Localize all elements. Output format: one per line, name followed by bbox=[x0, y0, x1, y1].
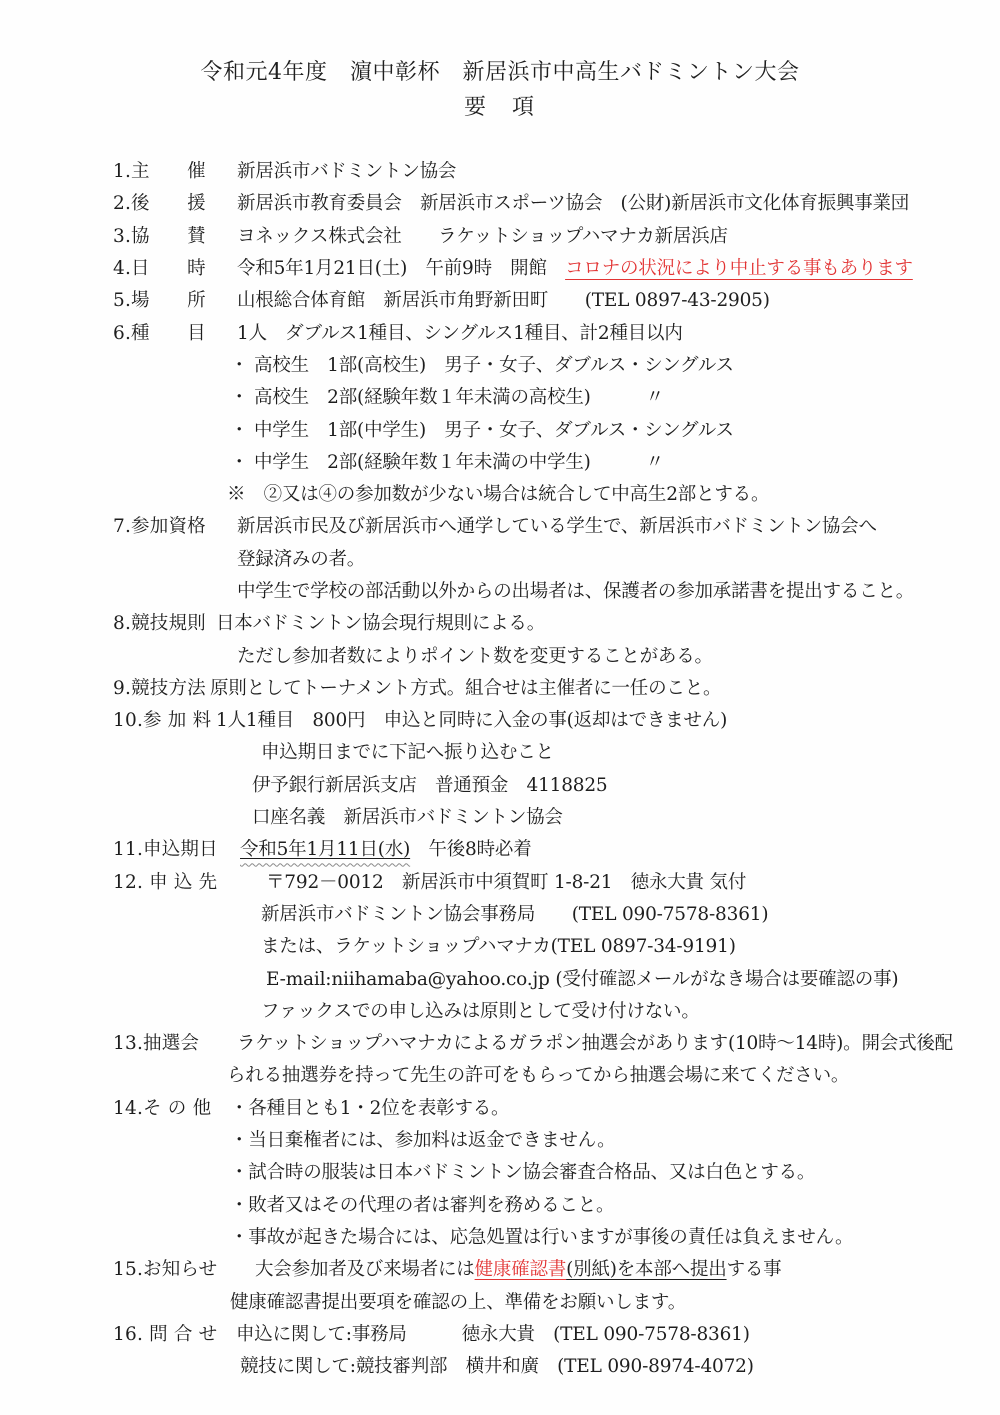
row-text: 新居浜市バドミントン協会 bbox=[237, 157, 456, 183]
row-text: ・敗者又はその代理の者は審判を務めること。 bbox=[230, 1191, 614, 1217]
doc-row: 口座名義 新居浜市バドミントン協会 bbox=[0, 800, 1000, 832]
row-text: 新居浜市教育委員会 新居浜市スポーツ協会 (公財)新居浜市文化体育振興事業団 bbox=[237, 189, 909, 215]
doc-row: 3.協 賛ヨネックス株式会社 ラケットショップハマナカ新居浜店 bbox=[0, 219, 1000, 251]
row-text: 大会参加者及び来場者には健康確認書(別紙)を本部へ提出する事 bbox=[255, 1255, 781, 1281]
doc-row: E-mail:niihamaba@yahoo.co.jp (受付確認メールがなき… bbox=[0, 961, 1000, 993]
row-label: 3.協 賛 bbox=[113, 222, 206, 248]
covid-cancellation-notice-red: コロナの状況により中止する事もあります bbox=[565, 258, 913, 279]
row-text: 登録済みの者。 bbox=[237, 545, 365, 571]
row-text: ただし参加者数によりポイント数を変更することがある。 bbox=[237, 642, 713, 668]
row-label: 4.日 時 bbox=[113, 254, 206, 280]
doc-row: 伊予銀行新居浜支店 普通預金 4118825 bbox=[0, 768, 1000, 800]
doc-row: 8.競技規則日本バドミントン協会現行規則による。 bbox=[0, 606, 1000, 638]
doc-row: 13.抽選会ラケットショップハマナカによるガラポン抽選会があります(10時～14… bbox=[0, 1026, 1000, 1058]
doc-row: 1.主 催新居浜市バドミントン協会 bbox=[0, 154, 1000, 186]
row-label: 16. 問 合 せ bbox=[113, 1320, 217, 1346]
doc-row: または、ラケットショップハマナカ(TEL 0897-34-9191) bbox=[0, 929, 1000, 961]
doc-subtitle: 要 項 bbox=[0, 91, 1000, 124]
row-text: 申込期日までに下記へ振り込むこと bbox=[261, 738, 554, 764]
row-label: 14.そ の 他 bbox=[113, 1094, 211, 1120]
notice-pre-text: 大会参加者及び来場者には bbox=[255, 1259, 475, 1280]
row-text: 新居浜市民及び新居浜市へ通学している学生で、新居浜市バドミントン協会へ bbox=[237, 512, 877, 538]
row-text: ファックスでの申し込みは原則として受け付けない。 bbox=[261, 997, 700, 1023]
doc-row: られる抽選券を持って先生の許可をもらってから抽選会場に来てください。 bbox=[0, 1058, 1000, 1090]
doc-header: 令和元4年度 濵中彰杯 新居浜市中高生バドミントン大会 要 項 bbox=[0, 0, 1000, 124]
submit-to-hq-underlined: (別紙)を本部へ提出 bbox=[566, 1259, 726, 1280]
row-text: ・試合時の服装は日本バドミントン協会審査合格品、又は白色とする。 bbox=[230, 1158, 815, 1184]
row-label: 9.競技方法 bbox=[113, 674, 206, 700]
row-label: 13.抽選会 bbox=[113, 1029, 199, 1055]
doc-row: 7.参加資格新居浜市民及び新居浜市へ通学している学生で、新居浜市バドミントン協会… bbox=[0, 509, 1000, 541]
doc-row: 登録済みの者。 bbox=[0, 542, 1000, 574]
doc-row: 5.場 所山根総合体育館 新居浜市角野新田町 (TEL 0897-43-2905… bbox=[0, 283, 1000, 315]
doc-row: ・ 中学生 1部(中学生) 男子・女子、ダブルス・シングルス bbox=[0, 412, 1000, 444]
row-text: ・ 高校生 1部(高校生) 男子・女子、ダブルス・シングルス bbox=[230, 351, 734, 377]
row-text: 日本バドミントン協会現行規則による。 bbox=[216, 609, 545, 635]
doc-row: ・当日棄権者には、参加料は返金できません。 bbox=[0, 1123, 1000, 1155]
doc-row: 11.申込期日令和5年1月11日(水) 午後8時必着 bbox=[0, 832, 1000, 864]
row-text: 申込に関して:事務局 徳永大貴 (TEL 090-7578-8361) bbox=[236, 1320, 750, 1346]
row-label: 2.後 援 bbox=[113, 189, 206, 215]
row-text: ※ ②又は④の参加数が少ない場合は統合して中高生2部とする。 bbox=[227, 480, 769, 506]
row-text: または、ラケットショップハマナカ(TEL 0897-34-9191) bbox=[261, 932, 736, 958]
row-text: 中学生で学校の部活動以外からの出場者は、保護者の参加承諾書を提出すること。 bbox=[237, 577, 914, 603]
doc-row: 申込期日までに下記へ振り込むこと bbox=[0, 735, 1000, 767]
doc-row: ・事故が起きた場合には、応急処置は行いますが事後の責任は負えません。 bbox=[0, 1220, 1000, 1252]
deadline-date-wavy-underline: 令和5年1月11日(水) bbox=[240, 839, 410, 860]
row-text: ・事故が起きた場合には、応急処置は行いますが事後の責任は負えません。 bbox=[230, 1223, 853, 1249]
row-text: ・当日棄権者には、参加料は返金できません。 bbox=[230, 1126, 615, 1152]
row-text: 伊予銀行新居浜支店 普通預金 4118825 bbox=[252, 771, 608, 797]
doc-row: 健康確認書提出要項を確認の上、準備をお願いします。 bbox=[0, 1284, 1000, 1316]
document-page: 令和元4年度 濵中彰杯 新居浜市中高生バドミントン大会 要 項 1.主 催新居浜… bbox=[0, 0, 1000, 1415]
doc-row: 4.日 時令和5年1月21日(土) 午前9時 開館 コロナの状況により中止する事… bbox=[0, 251, 1000, 283]
row-label: 6.種 目 bbox=[113, 319, 206, 345]
row-label: 1.主 催 bbox=[113, 157, 206, 183]
row-text: 1人1種目 800円 申込と同時に入金の事(返却はできません) bbox=[216, 706, 727, 732]
row-text: 令和5年1月21日(土) 午前9時 開館 コロナの状況により中止する事もあります bbox=[237, 254, 913, 280]
row-label: 12. 申 込 先 bbox=[113, 868, 217, 894]
doc-body: 1.主 催新居浜市バドミントン協会 2.後 援新居浜市教育委員会 新居浜市スポー… bbox=[0, 154, 1000, 1381]
doc-row: ・ 高校生 1部(高校生) 男子・女子、ダブルス・シングルス bbox=[0, 348, 1000, 380]
row-text: 競技に関して:競技審判部 横井和廣 (TEL 090-8974-4072) bbox=[240, 1352, 754, 1378]
row-text: られる抽選券を持って先生の許可をもらってから抽選会場に来てください。 bbox=[227, 1061, 849, 1087]
row-text: 原則としてトーナメント方式。組合せは主催者に一任のこと。 bbox=[210, 674, 721, 700]
doc-row: 16. 問 合 せ申込に関して:事務局 徳永大貴 (TEL 090-7578-8… bbox=[0, 1317, 1000, 1349]
doc-row: ・敗者又はその代理の者は審判を務めること。 bbox=[0, 1188, 1000, 1220]
row-text: 令和5年1月11日(水) 午後8時必着 bbox=[240, 835, 532, 861]
doc-row: ファックスでの申し込みは原則として受け付けない。 bbox=[0, 994, 1000, 1026]
row-text: ・各種目とも1・2位を表彰する。 bbox=[230, 1094, 509, 1120]
row-text: ラケットショップハマナカによるガラポン抽選会があります(10時～14時)。開会式… bbox=[237, 1029, 953, 1055]
row-text: 山根総合体育館 新居浜市角野新田町 (TEL 0897-43-2905) bbox=[237, 286, 770, 312]
doc-row: ・ 高校生 2部(経験年数１年未満の高校生) 〃 bbox=[0, 380, 1000, 412]
row-text: ・ 高校生 2部(経験年数１年未満の高校生) 〃 bbox=[230, 383, 664, 409]
doc-row: 9.競技方法原則としてトーナメント方式。組合せは主催者に一任のこと。 bbox=[0, 671, 1000, 703]
row-label: 15.お知らせ bbox=[113, 1255, 217, 1281]
doc-row: 競技に関して:競技審判部 横井和廣 (TEL 090-8974-4072) bbox=[0, 1349, 1000, 1381]
row-text: 口座名義 新居浜市バドミントン協会 bbox=[252, 803, 563, 829]
deadline-date: 令和5年1月11日(水) bbox=[240, 839, 410, 860]
row-label: 11.申込期日 bbox=[113, 835, 218, 861]
row-text: E-mail:niihamaba@yahoo.co.jp (受付確認メールがなき… bbox=[266, 965, 898, 991]
notice-post-text: する事 bbox=[727, 1259, 782, 1280]
row-label: 7.参加資格 bbox=[113, 512, 206, 538]
row-text: 〒792－0012 新居浜市中須賀町 1-8-21 徳永大貴 気付 bbox=[266, 868, 746, 894]
row-label: 8.競技規則 bbox=[113, 609, 206, 635]
doc-row: 6.種 目1人 ダブルス1種目、シングルス1種目、計2種目以内 bbox=[0, 315, 1000, 347]
doc-row: 15.お知らせ大会参加者及び来場者には健康確認書(別紙)を本部へ提出する事 bbox=[0, 1252, 1000, 1284]
row-text: 新居浜市バドミントン協会事務局 (TEL 090-7578-8361) bbox=[261, 900, 768, 926]
doc-row: ・試合時の服装は日本バドミントン協会審査合格品、又は白色とする。 bbox=[0, 1155, 1000, 1187]
doc-row: ※ ②又は④の参加数が少ない場合は統合して中高生2部とする。 bbox=[0, 477, 1000, 509]
doc-row: 14.そ の 他・各種目とも1・2位を表彰する。 bbox=[0, 1091, 1000, 1123]
row-text: ヨネックス株式会社 ラケットショップハマナカ新居浜店 bbox=[237, 222, 728, 248]
doc-row: 10.参 加 料1人1種目 800円 申込と同時に入金の事(返却はできません) bbox=[0, 703, 1000, 735]
doc-row: 12. 申 込 先〒792－0012 新居浜市中須賀町 1-8-21 徳永大貴 … bbox=[0, 865, 1000, 897]
doc-title: 令和元4年度 濵中彰杯 新居浜市中高生バドミントン大会 bbox=[0, 56, 1000, 89]
row-text: 1人 ダブルス1種目、シングルス1種目、計2種目以内 bbox=[237, 319, 683, 345]
row-text: ・ 中学生 2部(経験年数１年未満の中学生) 〃 bbox=[230, 448, 664, 474]
row-label: 10.参 加 料 bbox=[113, 706, 211, 732]
event-datetime-text: 令和5年1月21日(土) 午前9時 開館 bbox=[237, 258, 565, 279]
doc-row: ただし参加者数によりポイント数を変更することがある。 bbox=[0, 638, 1000, 670]
row-text: ・ 中学生 1部(中学生) 男子・女子、ダブルス・シングルス bbox=[230, 416, 734, 442]
deadline-time: 午後8時必着 bbox=[410, 839, 531, 860]
doc-row: 中学生で学校の部活動以外からの出場者は、保護者の参加承諾書を提出すること。 bbox=[0, 574, 1000, 606]
row-text: 健康確認書提出要項を確認の上、準備をお願いします。 bbox=[230, 1288, 686, 1314]
doc-row: ・ 中学生 2部(経験年数１年未満の中学生) 〃 bbox=[0, 445, 1000, 477]
doc-row: 新居浜市バドミントン協会事務局 (TEL 090-7578-8361) bbox=[0, 897, 1000, 929]
doc-row: 2.後 援新居浜市教育委員会 新居浜市スポーツ協会 (公財)新居浜市文化体育振興… bbox=[0, 186, 1000, 218]
health-form-red-text: 健康確認書 bbox=[475, 1259, 567, 1280]
row-label: 5.場 所 bbox=[113, 286, 206, 312]
